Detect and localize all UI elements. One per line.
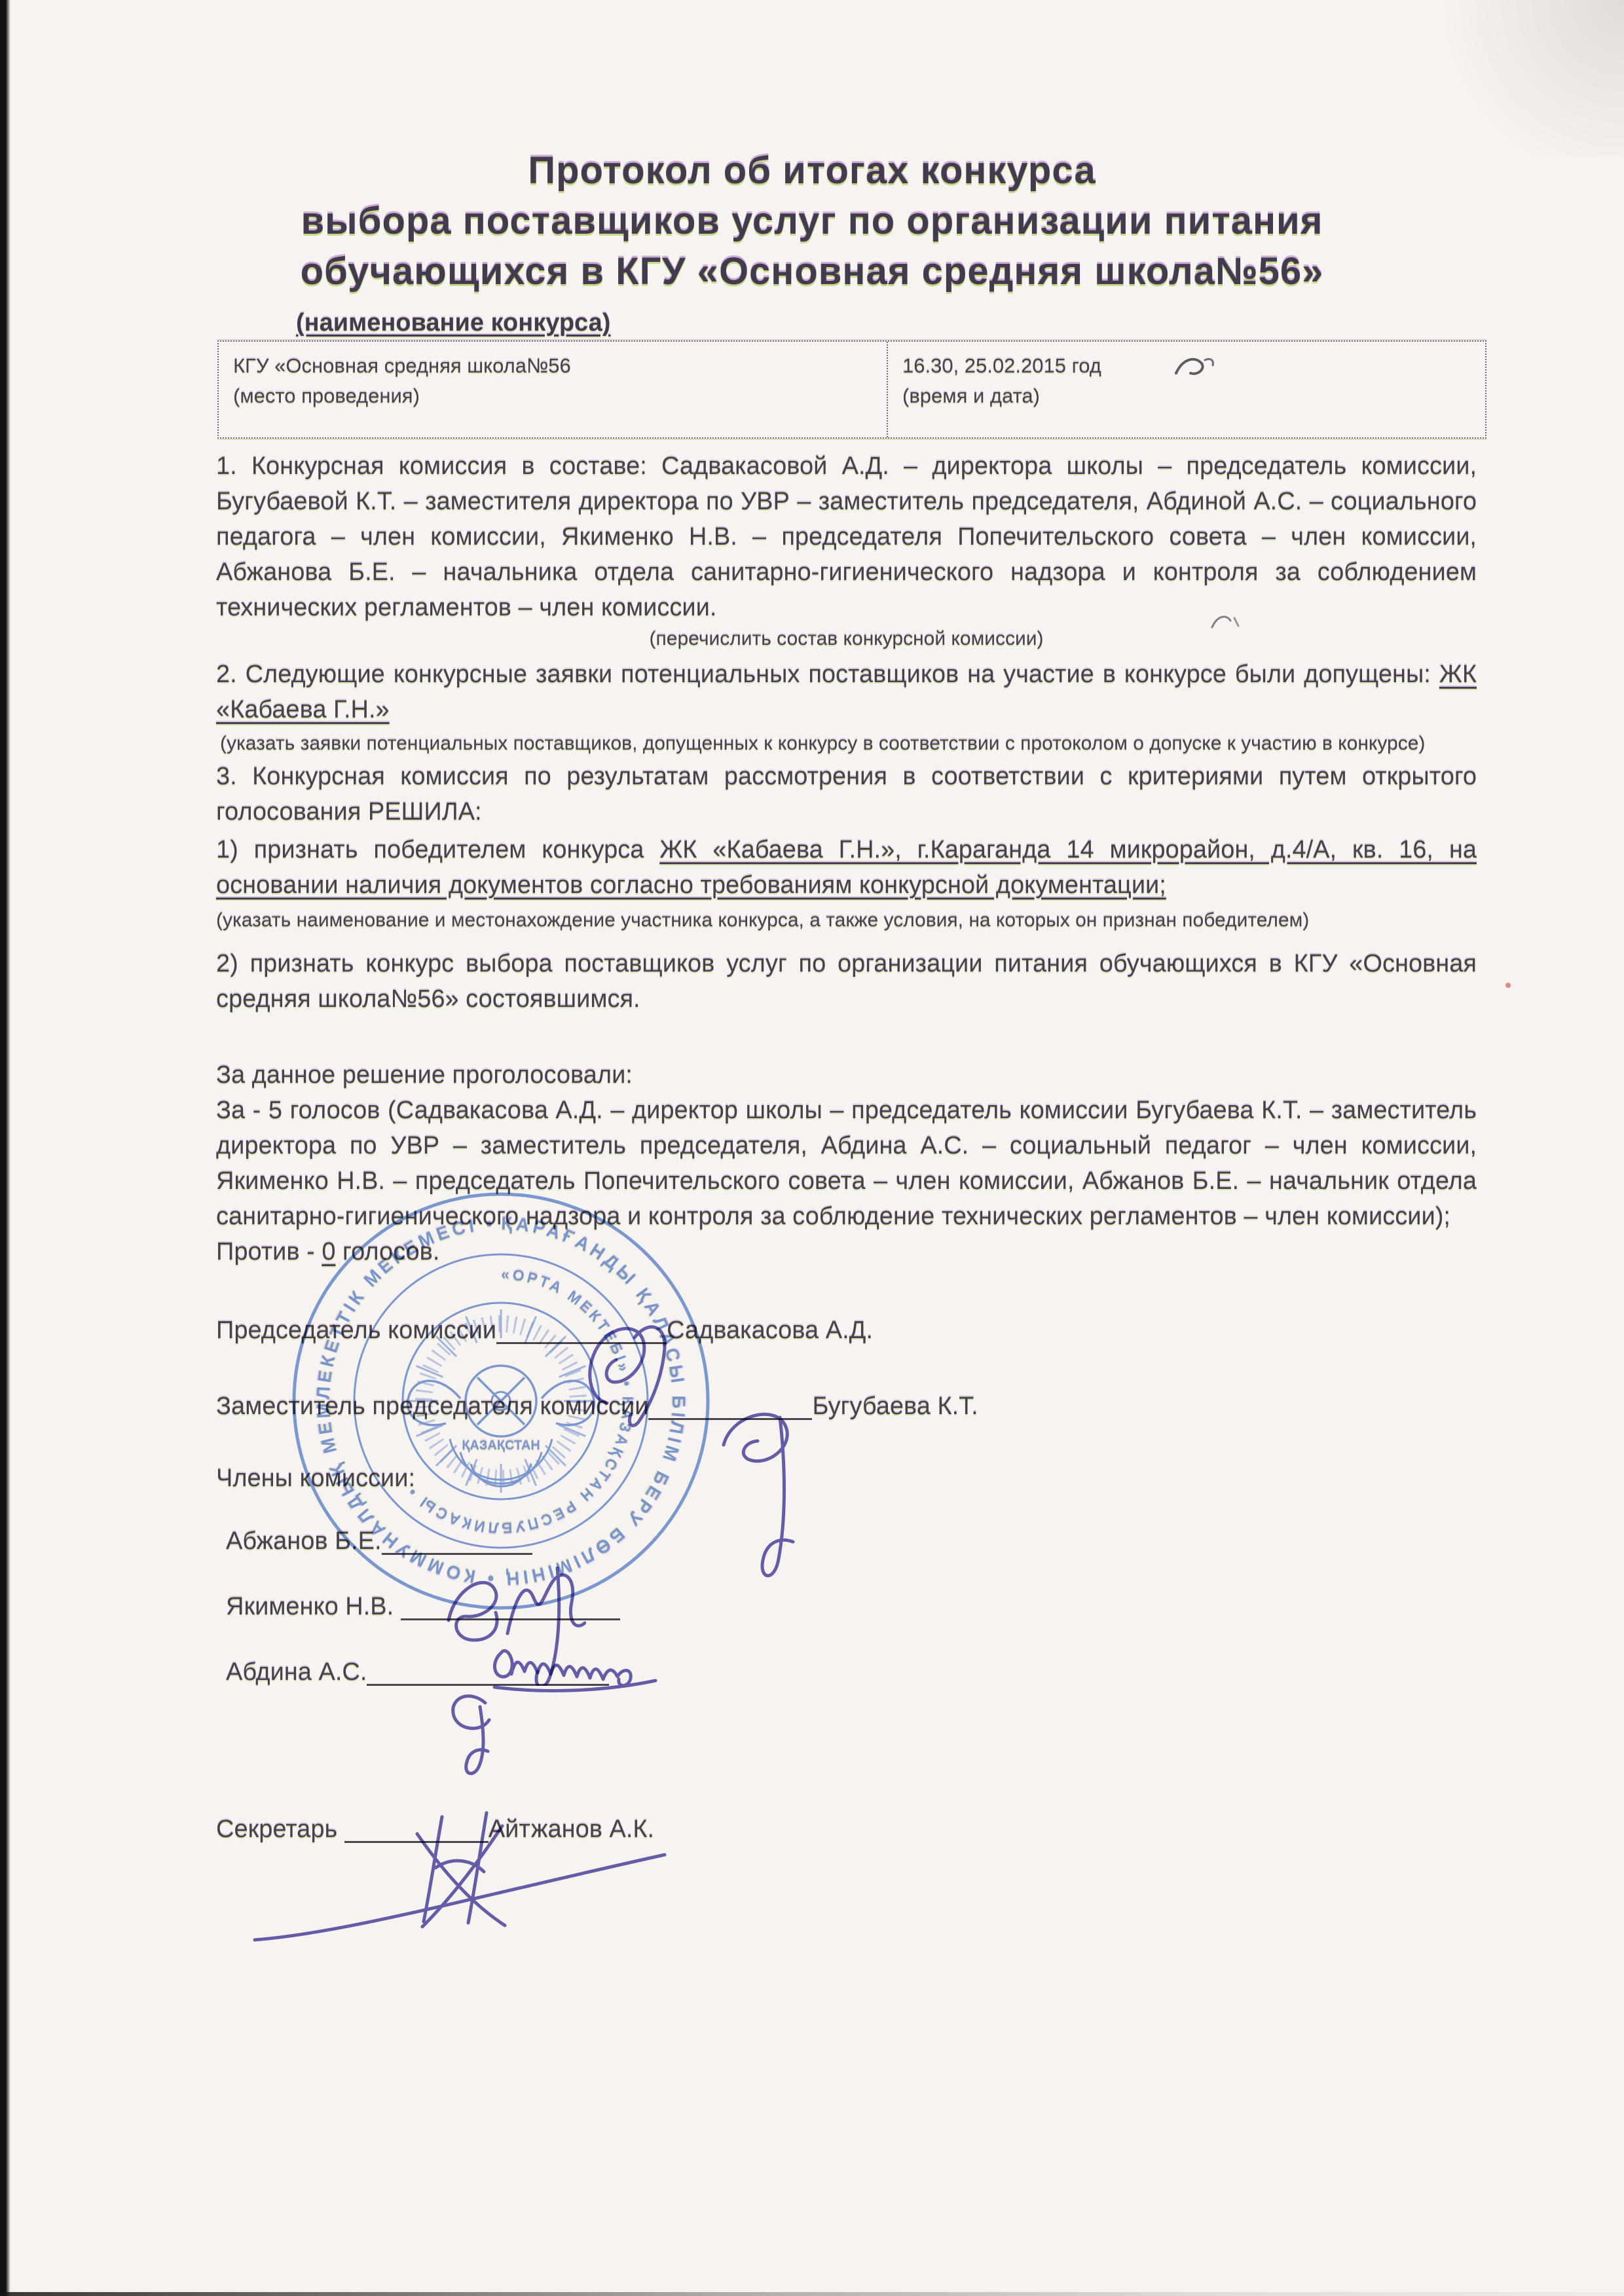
scanned-protocol-page: Протокол об итогах конкурса выбора поста… (0, 0, 1624, 2296)
signature-line (382, 1552, 532, 1555)
member-signature-row: Якименко Н.В. (216, 1589, 1477, 1624)
member1-label: Абжанов Б.Е. (226, 1527, 382, 1555)
paragraph-contest-held: 2) признать конкурс выбора поставщиков у… (216, 946, 1477, 1017)
applications-text: 2. Следующие конкурсные заявки потенциал… (216, 661, 1439, 688)
against-suffix: голосов. (335, 1238, 439, 1266)
note-applications: (указать заявки потенциальных поставщико… (216, 730, 1477, 757)
chairman-name: Садвакасова А.Д. (667, 1317, 873, 1344)
venue-label: (место проведения) (233, 381, 872, 411)
datetime-cell: 16.30, 25.02.2015 год (время и дата) (888, 342, 1485, 437)
secretary-name: Айтжанов А.К. (489, 1815, 654, 1843)
venue-value: КГУ «Основная средняя школа№56 (233, 351, 872, 381)
signature-line (367, 1683, 609, 1686)
scan-left-edge (0, 0, 10, 2296)
signature-line (496, 1341, 667, 1344)
winner-prefix: 1) признать победителем конкурса (216, 836, 659, 864)
title-line-3: обучающихся в КГУ «Основная средняя школ… (0, 246, 1624, 297)
against-count: 0 (322, 1238, 335, 1266)
paragraph-applications: 2. Следующие конкурсные заявки потенциал… (216, 657, 1477, 727)
voting-heading: За данное решение проголосовали: (216, 1057, 1477, 1093)
venue-cell: КГУ «Основная средняя школа№56 (место пр… (219, 342, 888, 437)
contest-name-caption: (наименование конкурса) (296, 309, 610, 337)
member-signature-row: Абдина А.С. (216, 1654, 1477, 1690)
document-body: 1. Конкурсная комиссия в составе: Садвак… (216, 448, 1477, 1847)
chairman-signature-row: Председатель комиссииСадвакасова А.Д. (216, 1313, 1477, 1348)
member3-label: Абдина А.С. (226, 1658, 367, 1686)
deputy-signature-row: Заместитель председателя комиссииБугубае… (216, 1389, 1477, 1424)
datetime-label: (время и дата) (902, 381, 1471, 411)
secretary-signature-row: Секретарь Айтжанов А.К. (216, 1812, 1477, 1847)
note-winner: (указать наименование и местонахождение … (216, 907, 1477, 934)
against-prefix: Против - (216, 1238, 322, 1266)
member2-label: Якименко Н.В. (226, 1593, 394, 1620)
signature-line (344, 1840, 489, 1843)
deputy-name: Бугубаева К.Т. (812, 1393, 978, 1420)
paragraph-commission: 1. Конкурсная комиссия в составе: Садвак… (216, 448, 1477, 625)
scan-bottom-edge (0, 2292, 1624, 2296)
voting-against: Против - 0 голосов. (216, 1234, 1477, 1269)
title-line-2: выбора поставщиков услуг по организации … (0, 196, 1624, 246)
title-line-1: Протокол об итогах конкурса (0, 145, 1624, 196)
signature-line (401, 1617, 620, 1620)
datetime-value: 16.30, 25.02.2015 год (902, 351, 1471, 381)
chairman-label: Председатель комиссии (216, 1317, 496, 1344)
red-speck (1504, 981, 1513, 990)
paragraph-decision-heading: 3. Конкурсная комиссия по результатам ра… (216, 759, 1477, 829)
note-commission: (перечислить состав конкурсной комиссии) (216, 625, 1477, 653)
secretary-label: Секретарь (216, 1815, 337, 1843)
paragraph-winner: 1) признать победителем конкурса ЖК «Каб… (216, 832, 1477, 903)
document-title: Протокол об итогах конкурса выбора поста… (0, 145, 1624, 297)
members-heading: Члены комиссии: (216, 1461, 1477, 1496)
signature-line (648, 1417, 812, 1420)
info-table: КГУ «Основная средняя школа№56 (место пр… (217, 340, 1486, 439)
member-signature-row: Абжанов Б.Е. (216, 1523, 1477, 1559)
scan-corner-shade (1414, 0, 1624, 157)
voting-for: За - 5 голосов (Садвакасова А.Д. – дирек… (216, 1093, 1477, 1234)
deputy-label: Заместитель председателя комиссии (216, 1393, 648, 1420)
